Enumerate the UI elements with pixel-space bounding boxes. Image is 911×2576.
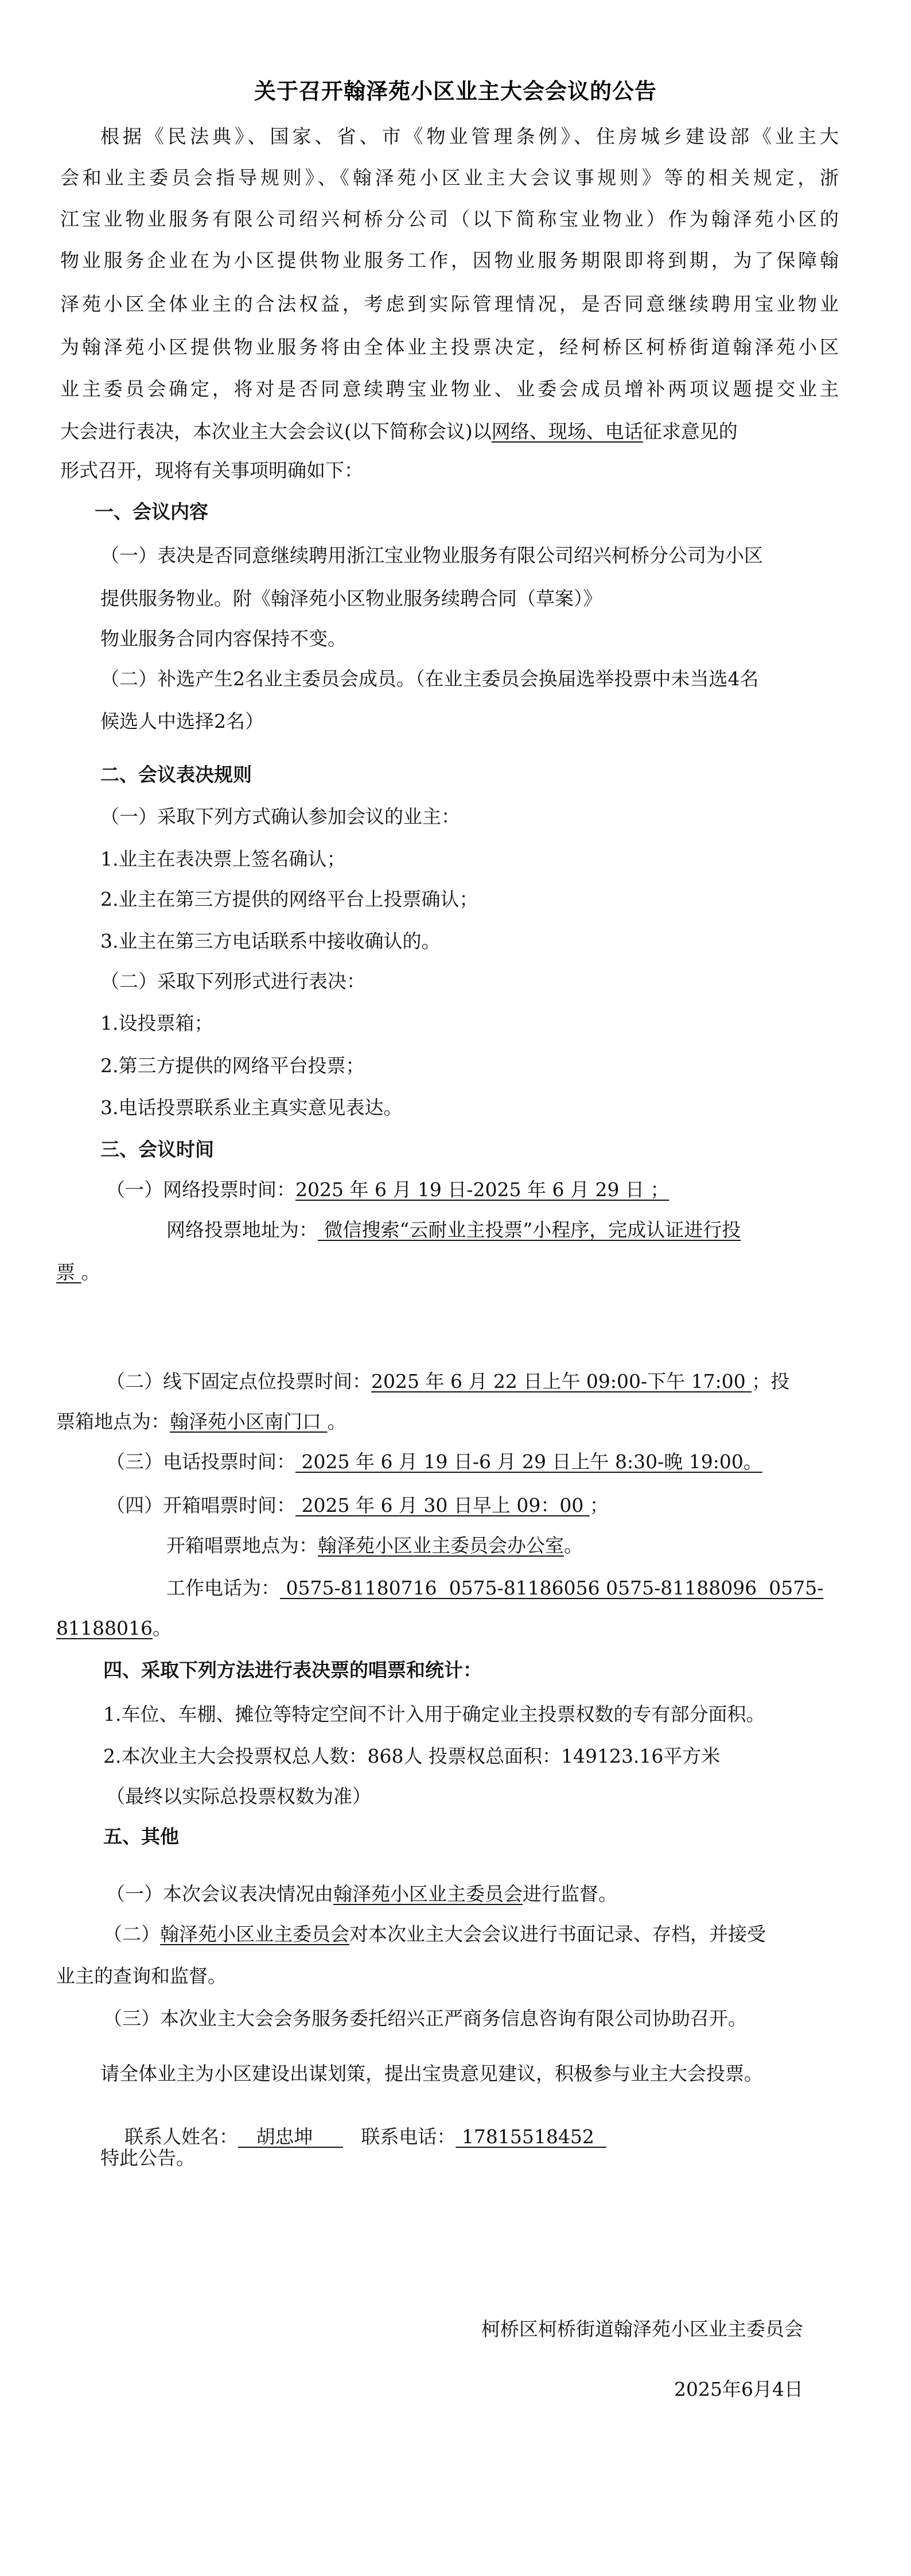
section2-sub2-item: 2.第三方提供的网络平台投票； [100,1054,365,1077]
online-voting-address: 网络投票地址为： 微信搜索“云耐业主投票”小程序，完成认证进行投 [166,1219,741,1242]
phone-voting-time-label: （三）电话投票时间： [106,1450,295,1473]
intro-line: 泽苑小区全体业主的合法权益，考虑到实际管理情况，是否同意继续聘用宝业物业 [60,293,839,316]
intro-line: 为翰泽苑小区提供物业服务将由全体业主投票决定，经柯桥区柯桥街道翰泽苑小区 [60,336,839,359]
spacer [343,2125,361,2148]
intro-line: 根据《民法典》、国家、省、市《物业管理条例》、住房城乡建设部《业主大 [100,125,839,148]
section-heading-4: 四、采取下列方法进行表决票的唱票和统计： [103,1659,482,1682]
section5-item2: （二）翰泽苑小区业主委员会对本次业主大会会议进行书面记录、存档，并接受 [103,1923,766,1946]
intro-line: 会和业主委员会指导规则》、《翰泽苑小区业主大会议事规则》等的相关规定，浙 [60,166,839,189]
section2-sub1-item: 2.业主在第三方提供的网络平台上投票确认； [100,888,478,911]
section-heading-1: 一、会议内容 [95,501,208,523]
phone-voting-time: （三）电话投票时间： 2025 年 6 月 19 日-6 月 29 日上午 8:… [106,1450,762,1473]
work-phone-value-cont: 81188016 [56,1617,153,1639]
vote-count-time: （四）开箱唱票时间： 2025 年 6 月 30 日早上 09：00 ； [106,1494,609,1517]
contact-phone-label: 联系电话： [361,2125,455,2148]
online-voting-time-label: （一）网络投票时间： [106,1178,295,1201]
punctuation: ； [590,1494,609,1516]
contact-name-value: 胡忠坤 [238,2125,343,2148]
offline-voting-time-tail: ；投 [752,1370,789,1392]
section4-item: （最终以实际总投票权数为准） [106,1785,371,1808]
punctuation: 。 [328,1410,347,1433]
intro-text: 大会进行表决，本次业主大会会议(以下简称会议)以 [60,420,492,443]
contact-phone-value: 17815518452 [455,2125,606,2148]
phone-voting-time-value: 2025 年 6 月 19 日-6 月 29 日上午 8:30-晚 19:00。 [295,1450,762,1473]
section5-item3: （三）本次业主大会会务服务委托绍兴正严商务信息咨询有限公司协助召开。 [103,2007,747,2030]
offline-voting-time-label: （二）线下固定点位投票时间： [106,1370,371,1392]
intro-line: 形式召开，现将有关事项明确如下： [60,459,363,482]
ballot-box-location-label: 票箱地点为： [56,1410,170,1433]
section5-item1: （一）本次会议表决情况由翰泽苑小区业主委员会进行监督。 [106,1883,617,1906]
online-voting-address-label: 网络投票地址为： [166,1219,318,1241]
vote-count-place-value: 翰泽苑小区业主委员会办公室 [318,1534,564,1557]
section-heading-5: 五、其他 [103,1825,179,1848]
online-voting-time-value: 2025 年 6 月 19 日-2025 年 6 月 29 日 ； [295,1178,669,1201]
offline-voting-time-value: 2025 年 6 月 22 日上午 09:00-下午 17:00 [371,1370,752,1392]
section1-item1-cont: 提供服务物业。附《翰泽苑小区物业服务续聘合同（草案）》 [100,587,602,610]
section2-sub1-item: 3.业主在第三方电话联系中接收确认的。 [100,930,441,953]
meeting-method-underlined: 网络、现场、电话 [492,420,643,443]
section1-item2: （二）补选产生2名业主委员会成员。（在业主委员会换届选举投票中未当选4名 [100,668,759,690]
work-phone-value: 0575-81180716 0575-81186056 0575-8118809… [280,1577,823,1599]
document-title: 关于召开翰泽苑小区业主大会会议的公告 [0,73,911,105]
punctuation: 。 [81,1261,100,1283]
work-phone-cont: 81188016。 [56,1617,172,1640]
section1-item1: （一）表决是否同意继续聘用浙江宝业物业服务有限公司绍兴柯桥分公司为小区 [100,544,763,567]
committee-underlined: 翰泽苑小区业主委员会 [333,1883,523,1905]
section2-sub2: （二）采取下列形式进行表决： [100,970,365,993]
intro-text: 征求意见的 [643,420,738,443]
offline-voting-time: （二）线下固定点位投票时间：2025 年 6 月 22 日上午 09:00-下午… [106,1370,789,1393]
section-heading-3: 三、会议时间 [100,1138,214,1161]
intro-line: 江宝业物业服务有限公司绍兴柯桥分公司（以下简称宝业物业）作为翰泽苑小区的 [60,208,839,231]
committee-underlined: 翰泽苑小区业主委员会 [160,1923,349,1945]
ballot-box-location-value: 翰泽苑小区南门口 [170,1410,328,1433]
section4-item: 2.本次业主大会投票权总人数：868人 投票权总面积：149123.16平方米 [103,1745,720,1768]
section2-sub2-item: 1.设投票箱； [100,1012,213,1035]
ballot-box-location: 票箱地点为：翰泽苑小区南门口 。 [56,1410,347,1433]
section5-item2-text: 对本次业主大会会议进行书面记录、存档，并接受 [349,1923,766,1945]
online-voting-time: （一）网络投票时间：2025 年 6 月 19 日-2025 年 6 月 29 … [106,1178,669,1201]
section5-item1-text: 进行监督。 [523,1883,617,1905]
section1-item2-cont: 候选人中选择2名） [100,710,264,733]
vote-count-time-label: （四）开箱唱票时间： [106,1494,295,1516]
vote-count-place: 开箱唱票地点为：翰泽苑小区业主委员会办公室。 [166,1534,583,1557]
section5-item2-cont: 业主的查询和监督。 [56,1965,227,1988]
section-heading-2: 二、会议表决规则 [100,763,252,786]
section2-sub2-item: 3.电话投票联系业主真实意见表达。 [100,1096,403,1119]
vote-count-place-label: 开箱唱票地点为： [166,1534,318,1557]
work-phone-label: 工作电话为： [166,1577,280,1599]
online-voting-address-cont: 票 。 [56,1261,100,1284]
closing-appeal: 请全体业主为小区建设出谋划策，提出宝贵意见建议，积极参与业主大会投票。 [100,2062,763,2085]
punctuation: 。 [564,1534,583,1557]
online-voting-address-value-cont: 票 [56,1261,81,1283]
signature-organization: 柯桥区柯桥街道翰泽苑小区业主委员会 [481,2318,803,2341]
punctuation: 。 [153,1617,172,1639]
section4-item: 1.车位、车棚、摊位等特定空间不计入用于确定业主投票权数的专有部分面积。 [103,1703,765,1726]
intro-line: 大会进行表决，本次业主大会会议(以下简称会议)以网络、现场、电话征求意见的 [60,420,738,443]
section2-sub1: （一）采取下列方式确认参加会议的业主： [100,805,460,828]
vote-count-time-value: 2025 年 6 月 30 日早上 09：00 [295,1494,590,1516]
section1-item1-cont: 物业服务合同内容保持不变。 [100,627,347,650]
section5-item2-text: （二） [103,1923,160,1945]
intro-line: 业主委员会确定，将对是否同意续聘宝业物业、业委会成员增补两项议题提交业主 [60,378,839,401]
section5-item1-text: （一）本次会议表决情况由 [106,1883,333,1905]
announcement-page: 关于召开翰泽苑小区业主大会会议的公告 根据《民法典》、国家、省、市《物业管理条例… [0,0,911,2576]
section2-sub1-item: 1.业主在表决票上签名确认； [100,848,346,871]
work-phone: 工作电话为： 0575-81180716 0575-81186056 0575-… [166,1577,823,1600]
online-voting-address-value: 微信搜索“云耐业主投票”小程序，完成认证进行投 [318,1219,741,1241]
intro-line: 物业服务企业在为小区提供物业服务工作，因物业服务期限即将到期，为了保障翰 [60,249,839,272]
signature-date: 2025年6月4日 [674,2378,803,2401]
closing-notice: 特此公告。 [100,2147,195,2170]
contact-name-label: 联系人姓名： [124,2125,238,2148]
